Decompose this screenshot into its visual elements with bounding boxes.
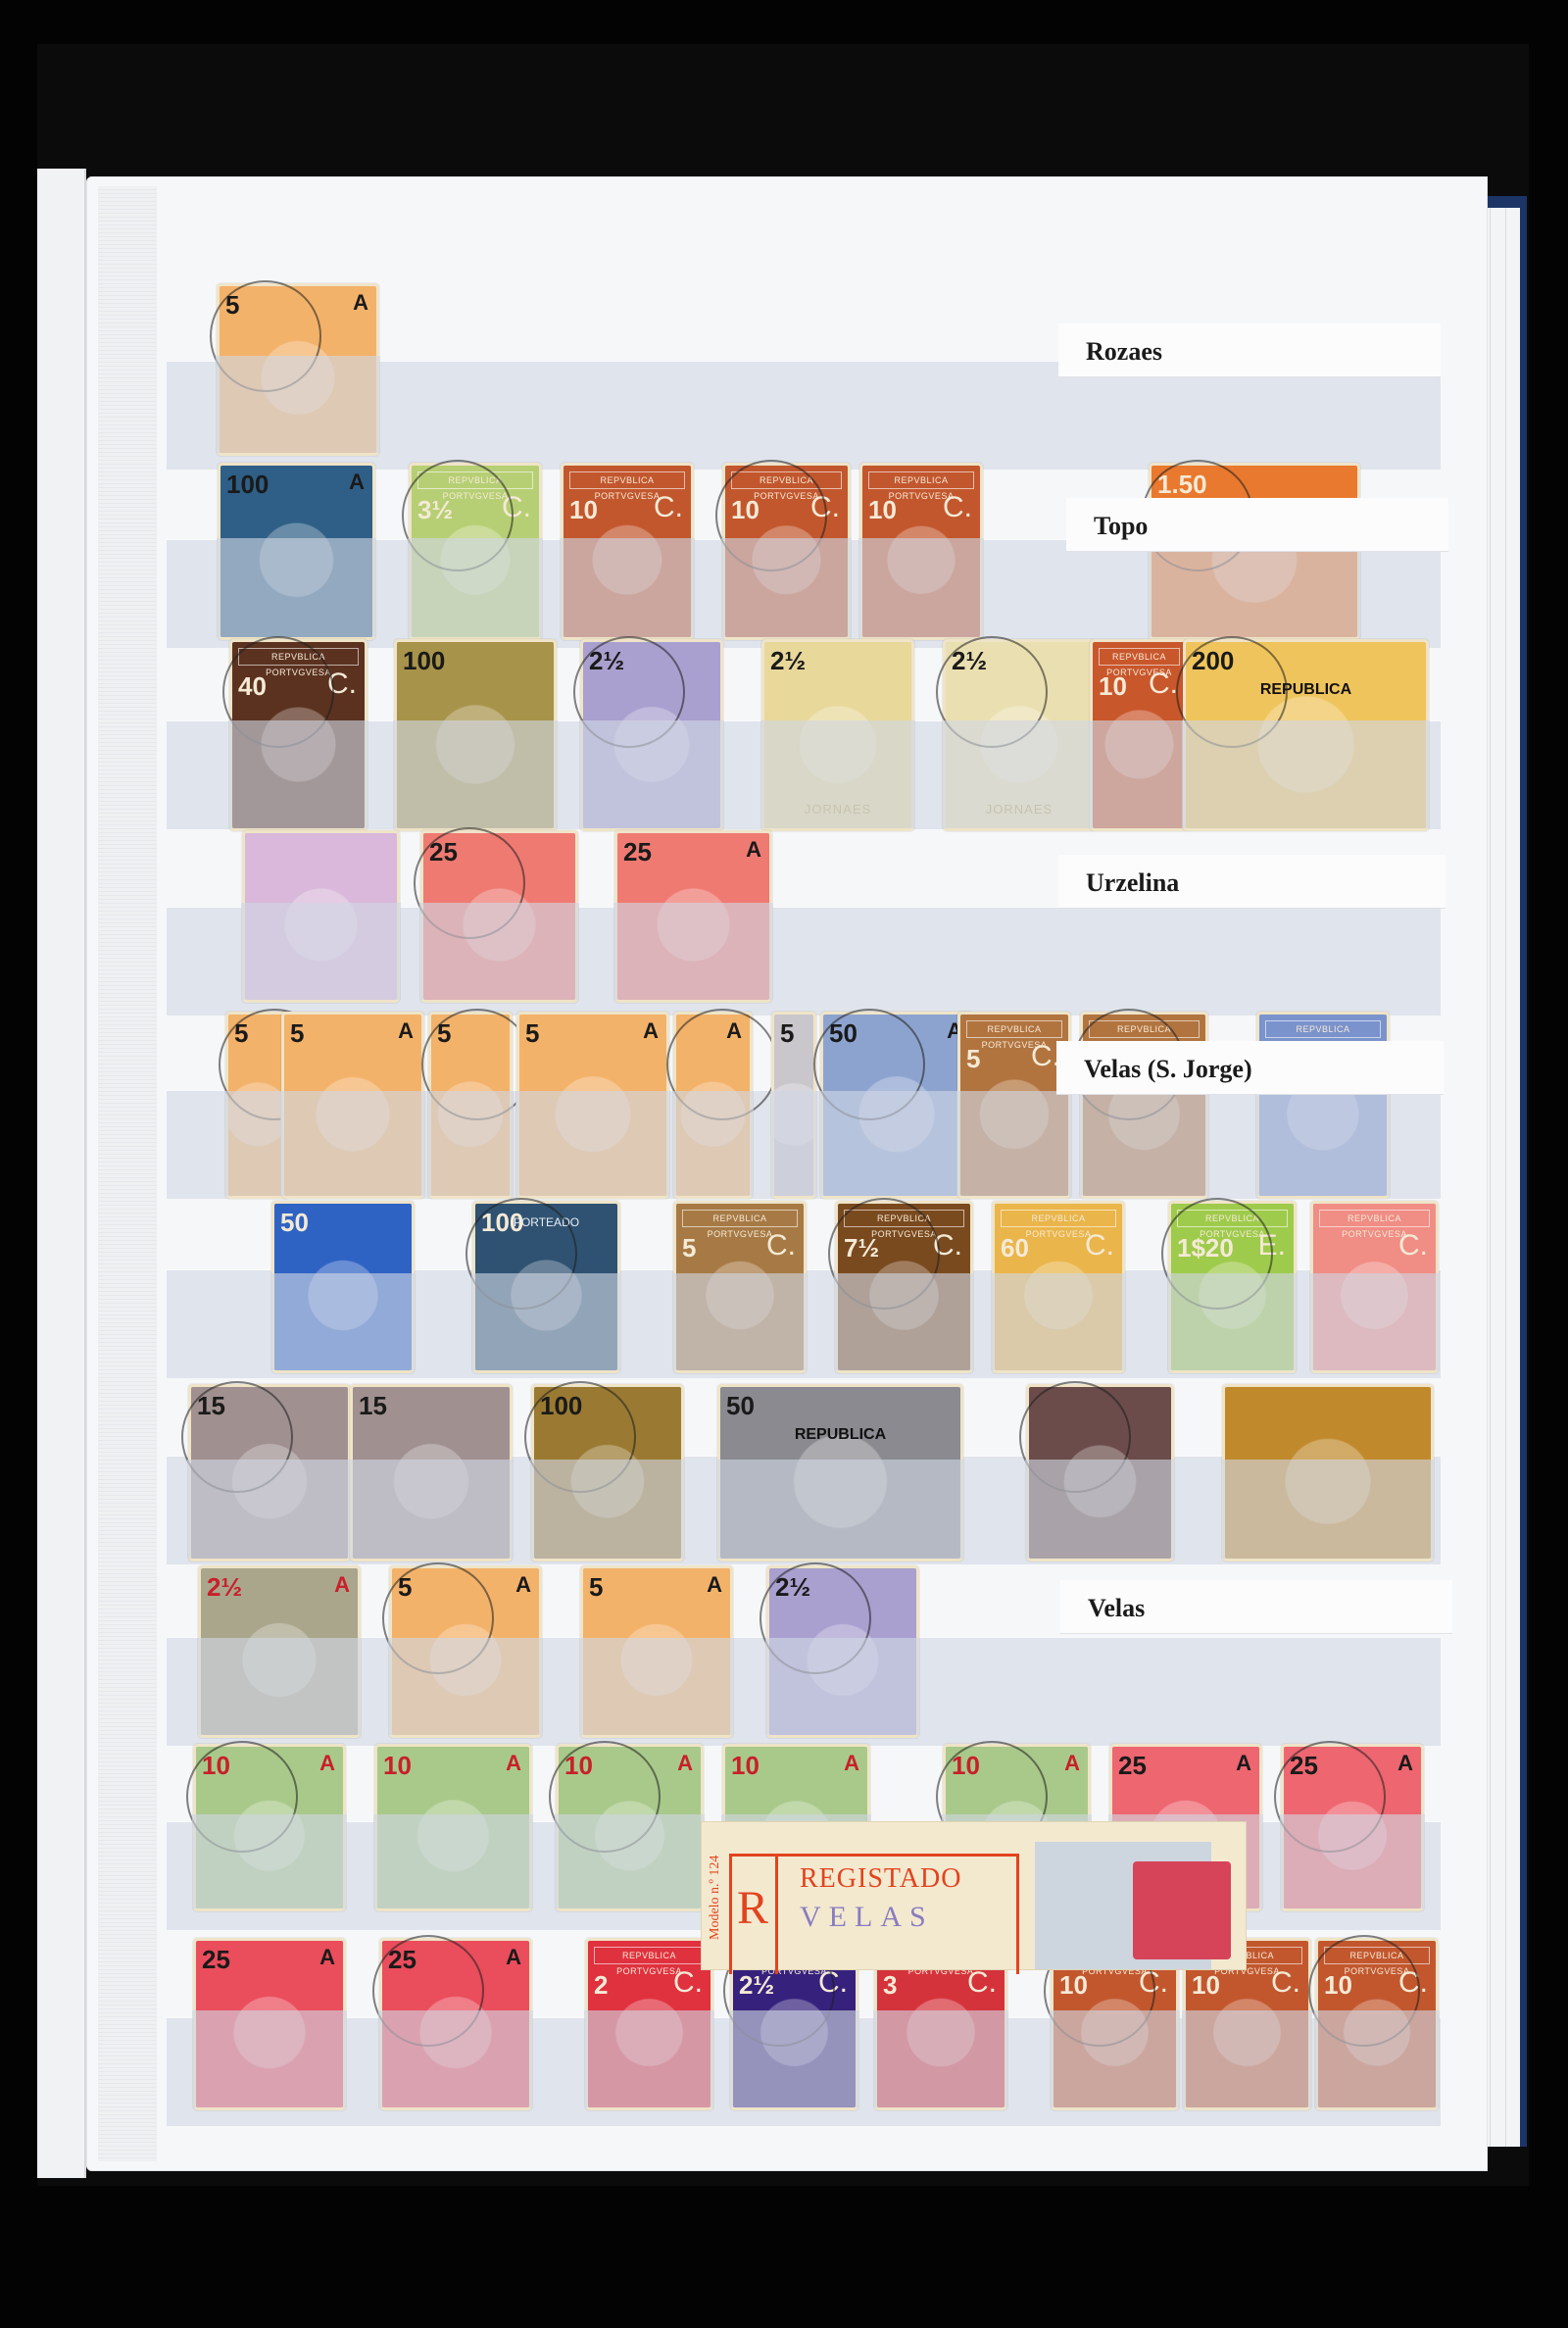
glassine-overlay — [408, 538, 543, 638]
stamp — [1225, 1387, 1431, 1559]
form-number: Modelo n.º 124 — [708, 1856, 723, 1940]
stamp: REPVBLICA PORTVGVESAC.10 — [1318, 1941, 1436, 2107]
stamp: REPVBLICA PORTVGVESAC.10 — [563, 466, 691, 637]
label-text: Topo — [1094, 512, 1148, 541]
stamp — [245, 833, 397, 1000]
stamp-currency: C. — [654, 491, 683, 524]
stamp: REPVBLICA PORTVGVESAC.3½ — [412, 466, 539, 637]
registration-title: REGISTADO — [800, 1863, 961, 1895]
stamp: REPVBLICA PORTVGVESAC.5 — [960, 1015, 1068, 1196]
stamp: 200REPUBLICA — [1186, 642, 1426, 828]
page-binding-gutter — [98, 186, 157, 2161]
stamp-value: 50 — [280, 1208, 309, 1238]
glassine-overlay — [1255, 1091, 1391, 1196]
glassine-overlay — [378, 2010, 533, 2107]
glassine-overlay — [1280, 1814, 1425, 1908]
glassine-overlay — [991, 1273, 1126, 1370]
stamp-header-text: REPVBLICA PORTVGVESA — [1265, 1020, 1381, 1038]
stamp: 2½ — [583, 642, 720, 828]
stamp: REPVBLICA PORTVGVESAC.7½ — [838, 1204, 970, 1370]
album-spine-page — [37, 169, 86, 2178]
stamp: 15 — [353, 1387, 510, 1559]
stamp-value: 5 — [682, 1233, 696, 1263]
stamp-value: 2 — [594, 1970, 608, 2001]
stamp-value: 3 — [883, 1970, 897, 2001]
glassine-overlay — [555, 1814, 705, 1908]
surcharge-letter: A — [677, 1751, 693, 1776]
surcharge-letter: A — [506, 1945, 521, 1970]
stamp-value: 5 — [780, 1018, 794, 1049]
stamp-value: 10 — [1099, 671, 1127, 702]
glassine-overlay — [530, 1460, 685, 1560]
stamp: REPVBLICA PORTVGVESAC.10 — [725, 466, 848, 637]
glassine-overlay — [1025, 1460, 1175, 1560]
stamp: 25A — [382, 1941, 529, 2107]
stamp: 25A — [617, 833, 769, 1000]
label-text: Velas (S. Jorge) — [1084, 1055, 1252, 1084]
stamp: REPVBLICA PORTVGVESAC.40 — [232, 642, 365, 828]
surcharge-letter: A — [334, 1572, 350, 1598]
glassine-overlay — [1148, 538, 1361, 638]
glassine-overlay — [584, 2010, 714, 2107]
stamp: 2½A — [201, 1568, 358, 1735]
embossed-stamp — [1133, 1861, 1231, 1959]
surcharge-letter: A — [707, 1572, 722, 1598]
glassine-overlay — [721, 538, 852, 638]
stamp: REPVBLICA PORTVGVESAC.10 — [862, 466, 980, 637]
glassine-overlay — [834, 1273, 974, 1370]
surcharge-letter: A — [506, 1751, 521, 1776]
stamp: REPVBLICA PORTVGVESAC.2 — [588, 1941, 710, 2107]
glassine-overlay — [192, 2010, 347, 2107]
stamp-value: 10 — [868, 495, 897, 525]
glassine-overlay — [1309, 1273, 1440, 1370]
stamp-header-text: REPVBLICA PORTVGVESA — [594, 1947, 705, 1964]
stamp — [1029, 1387, 1171, 1559]
surcharge-letter: A — [844, 1751, 859, 1776]
glassine-overlay — [373, 1814, 533, 1908]
stamp-currency: C. — [1271, 1966, 1300, 2000]
label-rozaes: Rozaes — [1058, 323, 1441, 376]
glassine-overlay — [241, 903, 401, 1000]
glassine-overlay — [192, 1814, 347, 1908]
surcharge-letter: A — [353, 290, 368, 316]
stamp: REPVBLICA PORTVGVESAC.10 — [1093, 642, 1186, 828]
glassine-overlay — [270, 1273, 416, 1370]
overprint-text: REPUBLICA — [720, 1426, 960, 1444]
stamp: REPVBLICA PORTVGVESAC.5 — [676, 1204, 804, 1370]
glassine-overlay — [770, 1091, 817, 1196]
stamp: 50A — [823, 1015, 970, 1196]
stamp: 5A — [220, 286, 376, 453]
glassine-overlay — [1079, 1091, 1209, 1196]
glassine-overlay — [942, 720, 1097, 828]
glassine-overlay — [858, 538, 984, 638]
stamp-currency: C. — [1149, 668, 1178, 701]
glassine-overlay — [349, 1460, 514, 1560]
stamp-value: 10 — [383, 1751, 412, 1781]
label-topo: Topo — [1066, 498, 1448, 551]
stamp-value: 2½ — [770, 646, 806, 676]
surcharge-letter: A — [1236, 1751, 1251, 1776]
stamp-currency: C. — [943, 491, 972, 524]
stamp: A — [676, 1015, 750, 1196]
glassine-overlay — [716, 1460, 964, 1560]
stamp-header-text: REPVBLICA PORTVGVESA — [569, 471, 685, 489]
stamp-value: 25 — [623, 837, 652, 867]
stamp: REPVBLICA PORTVGVESAC. — [1313, 1204, 1436, 1370]
stamp: 5A — [583, 1568, 730, 1735]
stamp: 1.50 — [1151, 466, 1357, 637]
stamp: 15 — [191, 1387, 348, 1559]
glassine-overlay — [197, 1638, 362, 1735]
stamp-value: 25 — [202, 1945, 230, 1975]
stamp: 10A — [377, 1747, 529, 1908]
stamp: 100 — [534, 1387, 681, 1559]
glassine-overlay — [765, 1638, 920, 1735]
stamp-value: 100 — [226, 470, 269, 500]
stamp: 5A — [284, 1015, 421, 1196]
glassine-overlay — [1167, 1273, 1298, 1370]
stamp-header-text: REPVBLICA PORTVGVESA — [868, 471, 974, 489]
stamp: 50 — [274, 1204, 412, 1370]
glassine-overlay — [579, 720, 724, 828]
glassine-overlay — [427, 1091, 514, 1196]
glassine-overlay — [471, 1273, 621, 1370]
page-edge — [1490, 208, 1506, 2147]
surcharge-letter: A — [319, 1945, 335, 1970]
glassine-overlay — [228, 720, 368, 828]
stamp-value: 10 — [731, 1751, 759, 1781]
stamp: 5 — [431, 1015, 510, 1196]
stamp: 100PORTEADO — [475, 1204, 617, 1370]
glassine-overlay — [216, 356, 380, 453]
label-text: Velas — [1088, 1594, 1145, 1623]
stamp: 100 — [397, 642, 554, 828]
stamp: 2½ — [769, 1568, 916, 1735]
glassine-overlay — [1050, 2010, 1180, 2107]
surcharge-letter: A — [398, 1018, 414, 1044]
stamp-currency: C. — [1085, 1229, 1114, 1263]
glassine-overlay — [388, 1638, 543, 1735]
surcharge-letter: A — [515, 1572, 531, 1598]
glassine-overlay — [873, 2010, 1008, 2107]
glassine-overlay — [280, 1091, 425, 1196]
registration-town: VELAS — [800, 1901, 934, 1934]
stamp: 25A — [196, 1941, 343, 2107]
stamp-value: 5 — [966, 1044, 980, 1074]
stamp-header-text: REPVBLICA PORTVGVESA — [1319, 1210, 1430, 1227]
stamp: 5A — [519, 1015, 666, 1196]
stamp: REPVBLICA PORTVGVESAE.1$20 — [1171, 1204, 1294, 1370]
page-edge — [1505, 208, 1520, 2147]
glassine-overlay — [393, 720, 558, 828]
glassine-overlay — [187, 1460, 352, 1560]
stamp: 2½JORNAES — [764, 642, 911, 828]
stamp-currency: C. — [673, 1966, 703, 2000]
glassine-overlay — [613, 903, 773, 1000]
stamp-header-text: REPVBLICA PORTVGVESA — [1001, 1210, 1116, 1227]
surcharge-letter: A — [643, 1018, 659, 1044]
stamp-value: 15 — [359, 1391, 387, 1421]
stamp-header-text: REPVBLICA PORTVGVESA — [1099, 648, 1180, 666]
glassine-overlay — [819, 1091, 974, 1196]
surcharge-letter: A — [1397, 1751, 1413, 1776]
stamp: 2½JORNAES — [946, 642, 1093, 828]
stamp: 10A — [559, 1747, 701, 1908]
glassine-overlay — [956, 1091, 1072, 1196]
stamp-currency: C. — [1398, 1229, 1428, 1263]
glassine-overlay — [419, 903, 579, 1000]
stamp: 25A — [1284, 1747, 1421, 1908]
stamp: 100A — [220, 466, 372, 637]
stamp-currency: C. — [766, 1229, 796, 1263]
stamp-value: 10 — [569, 495, 598, 525]
label-velas: Velas — [1060, 1580, 1452, 1633]
surcharge-letter: A — [319, 1751, 335, 1776]
stamp: REPVBLICA PORTVGVESAC.60 — [995, 1204, 1122, 1370]
stamp-value: 5 — [290, 1018, 304, 1049]
glassine-overlay — [1221, 1460, 1435, 1560]
registered-cover-fragment: Modelo n.º 124 R REGISTADO VELAS — [701, 1821, 1247, 1970]
stamp-value: 50 — [726, 1391, 755, 1421]
glassine-overlay — [560, 538, 695, 638]
stamp-value: 2½ — [207, 1572, 242, 1603]
stamp: 5 — [228, 1015, 287, 1196]
stamp: 10A — [196, 1747, 343, 1908]
glassine-overlay — [1314, 2010, 1440, 2107]
glassine-overlay — [672, 1273, 808, 1370]
label-urzelina: Urzelina — [1058, 855, 1445, 908]
glassine-overlay — [672, 1091, 754, 1196]
label-velas-s-jorge: Velas (S. Jorge) — [1056, 1041, 1444, 1094]
surcharge-letter: A — [349, 470, 365, 495]
registration-letter: R — [737, 1881, 768, 1935]
stamp-value: 60 — [1001, 1233, 1029, 1263]
stamp-header-text: REPVBLICA PORTVGVESA — [682, 1210, 798, 1227]
glassine-overlay — [729, 2010, 859, 2107]
glassine-overlay — [217, 538, 376, 638]
stamp-header-text: REPVBLICA PORTVGVESA — [966, 1020, 1062, 1038]
stamp: 25 — [423, 833, 575, 1000]
stamp-value: 10 — [1192, 1970, 1220, 2001]
label-text: Urzelina — [1086, 868, 1179, 898]
surcharge-letter: A — [1064, 1751, 1080, 1776]
glassine-overlay — [1182, 2010, 1312, 2107]
glassine-overlay — [515, 1091, 670, 1196]
glassine-overlay — [1182, 720, 1430, 828]
stamp-value: 5 — [589, 1572, 603, 1603]
stamp: 50REPUBLICA — [720, 1387, 960, 1559]
glassine-overlay — [1089, 720, 1190, 828]
stamp: 5A — [392, 1568, 539, 1735]
stamp-value: 100 — [403, 646, 445, 676]
label-text: Rozaes — [1086, 337, 1162, 367]
surcharge-letter: A — [746, 837, 761, 863]
glassine-overlay — [760, 720, 915, 828]
stamp: 5 — [774, 1015, 813, 1196]
glassine-overlay — [579, 1638, 734, 1735]
stamp-value: 5 — [525, 1018, 539, 1049]
stamp-value: 25 — [1118, 1751, 1147, 1781]
